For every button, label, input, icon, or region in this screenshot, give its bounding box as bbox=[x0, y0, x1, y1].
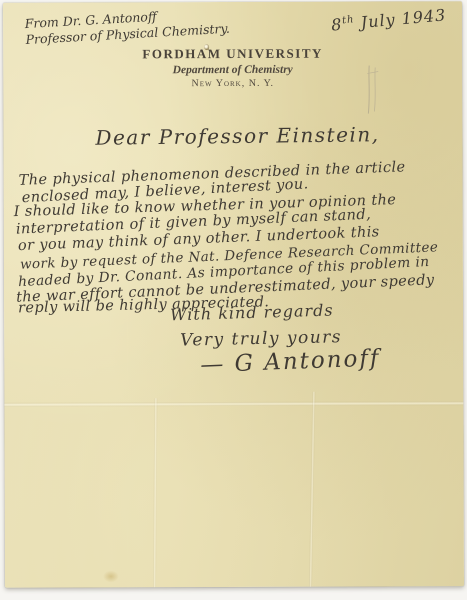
vertical-fold-crease-left bbox=[153, 398, 157, 587]
date-rest: July 1943 bbox=[354, 5, 447, 32]
paper-stain bbox=[103, 570, 119, 582]
signature: — G Antonoff bbox=[200, 345, 381, 378]
letter-page: From Dr. G. Antonoff Professor of Physic… bbox=[3, 1, 464, 588]
pencil-mark bbox=[365, 63, 389, 115]
letterhead-university: FORDHAM UNIVERSITY bbox=[3, 45, 462, 63]
letterhead-city: New York, N. Y. bbox=[3, 77, 462, 90]
paper-flaw-spot bbox=[204, 44, 209, 50]
vertical-fold-crease-right bbox=[309, 392, 315, 587]
kind-regards-line: With kind regards bbox=[170, 301, 334, 325]
date: 8th July 1943 bbox=[330, 5, 447, 34]
letterhead-department: Department of Chemistry bbox=[3, 63, 462, 77]
horizontal-fold-crease bbox=[4, 401, 463, 407]
salutation: Dear Professor Einstein, bbox=[95, 122, 379, 149]
letterhead: FORDHAM UNIVERSITY Department of Chemist… bbox=[3, 45, 462, 90]
sender-note: From Dr. G. Antonoff Professor of Physic… bbox=[24, 5, 230, 48]
date-ordinal-suffix: th bbox=[342, 14, 355, 26]
